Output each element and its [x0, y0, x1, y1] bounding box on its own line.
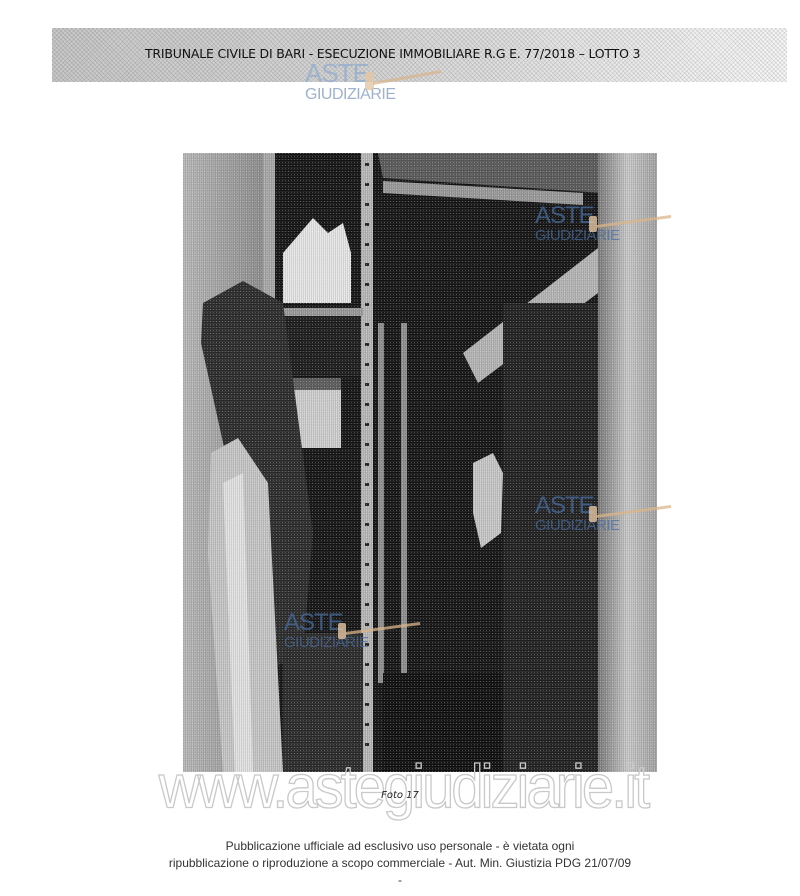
footer-line-1: Pubblicazione ufficiale ad esclusivo uso… — [0, 838, 800, 855]
url-watermark: www.astegiudiziarie.it — [158, 752, 648, 822]
photo-storage-room — [183, 153, 657, 772]
halftone-grain — [183, 153, 657, 772]
footer-line-3: - — [0, 872, 800, 889]
watermark-giudiziarie-text: GIUDIZIARIE — [305, 87, 396, 103]
document-header-title: TRIBUNALE CIVILE DI BARI - ESECUZIONE IM… — [145, 46, 705, 61]
footer-line-2: ripubblicazione o riproduzione a scopo c… — [0, 855, 800, 872]
footer-disclaimer: Pubblicazione ufficiale ad esclusivo uso… — [0, 838, 800, 889]
photo-caption: Foto 17 — [0, 790, 800, 801]
